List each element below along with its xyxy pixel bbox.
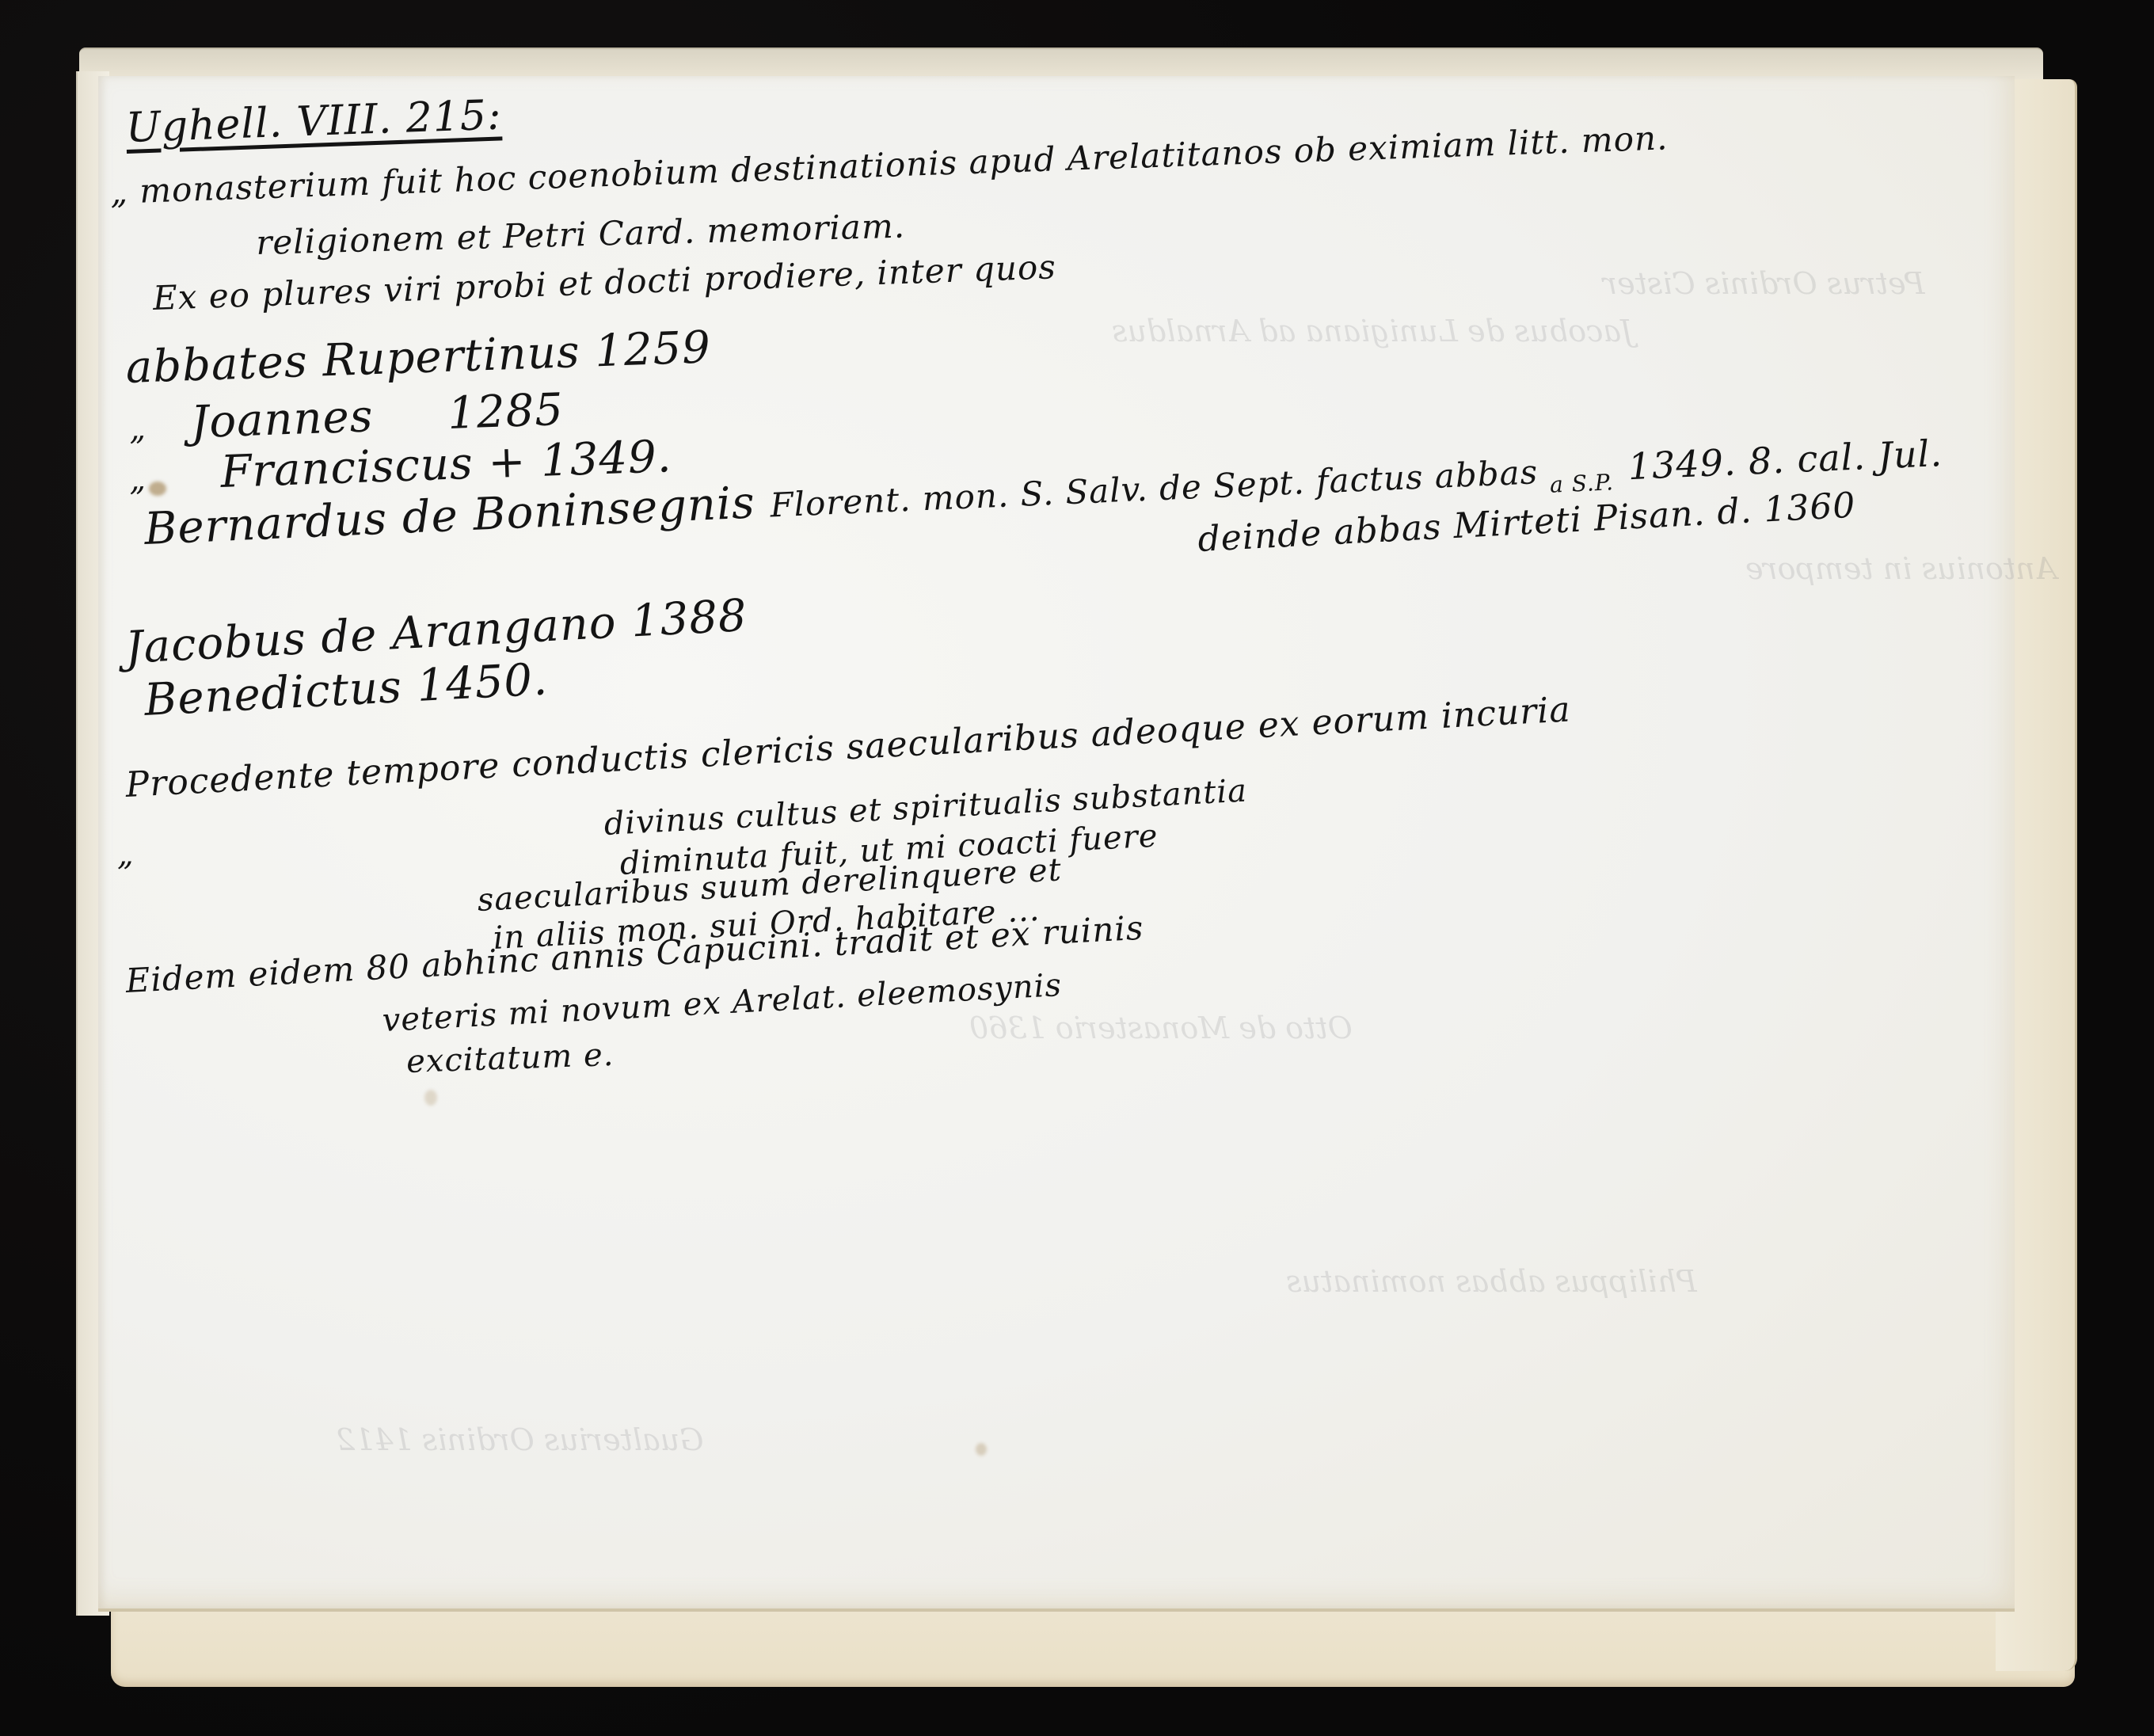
abbot-year: 1388 [630,590,748,648]
scan-background: Jacobus de Lunigiana ad Arnaldus Petrus … [0,0,2154,1736]
abbot-year: + 1349. [487,431,672,489]
abbot-name: Rupertinus [322,326,580,386]
ditto-mark: „ [117,836,135,873]
page-heading: Ughell. VIII. 215: [125,91,503,152]
bleed-through-text: Otto de Monasterio 1360 [969,1011,1353,1045]
bleed-through-text: Jacobus de Lunigiana ad Arnaldus [1112,314,1633,348]
abbot-entry: abbates Rupertinus 1259 [125,322,712,394]
abbot-date: 1349. 8. cal. Jul. [1627,432,1943,488]
abbot-year: 1259 [594,322,712,377]
ditto-mark: „ [128,410,147,447]
intro-line-2: religionem et Petri Card. memoriam. [256,207,906,262]
abbots-label: abbates [125,336,309,394]
bleed-through-text: Antonius in tempore [1745,551,2057,586]
bleed-through-text: Philippus abbas nominatus [1286,1264,1697,1299]
abbot-year: 1450. [416,653,550,712]
bleed-through-text: Gualterius Ordinis 1412 [336,1422,703,1457]
bleed-through-text: Petrus Ordinis Cister [1603,266,1925,301]
manuscript-page: Jacobus de Lunigiana ad Arnaldus Petrus … [98,76,2015,1612]
ink-stain [976,1443,987,1456]
abbot-detail-sub: a S.P. [1549,469,1614,497]
eidem-line-3: excitatum e. [405,1037,615,1080]
abbot-year: 1285 [447,384,565,440]
abbot-name: Franciscus [219,438,474,498]
ditto-mark: „ [128,461,147,498]
ink-stain [424,1090,437,1106]
abbot-name: Joannes [190,390,375,448]
ditto-mark: „ [109,172,128,211]
